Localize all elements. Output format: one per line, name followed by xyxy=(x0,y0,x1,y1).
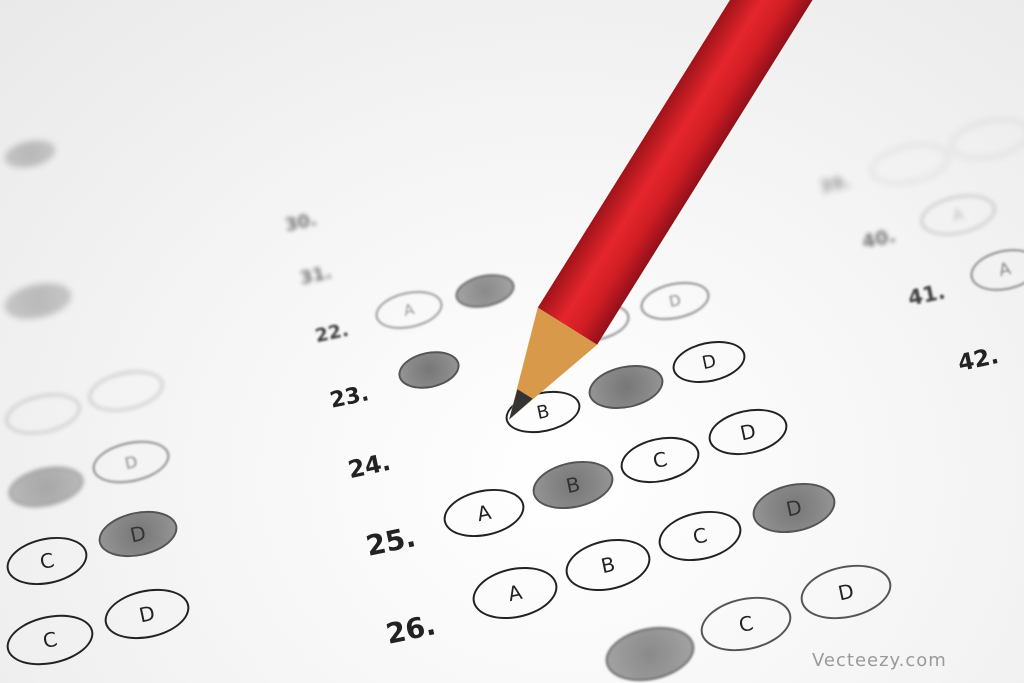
bubble-left-far2 xyxy=(3,137,57,171)
question-number: 39. xyxy=(818,172,852,198)
bubble-39-b xyxy=(947,112,1024,166)
bubble-25-b: B xyxy=(528,454,618,516)
question-number: 30. xyxy=(283,209,319,236)
bubble-left-far xyxy=(2,278,73,323)
question-number: 22. xyxy=(313,319,351,348)
bubble-23-a xyxy=(395,346,463,394)
bubble-41-a: A xyxy=(967,243,1024,297)
question-number: 26. xyxy=(383,608,438,651)
question-number: 23. xyxy=(328,381,371,414)
bubble-26-d: D xyxy=(796,557,897,627)
bubble-left3-c: C xyxy=(2,607,98,672)
bubble-left0-c xyxy=(2,388,84,441)
bubble-23-d: D xyxy=(669,335,750,390)
question-number: 25. xyxy=(363,520,418,563)
bubble-22-d: D xyxy=(637,276,713,326)
bubble-26-a: A xyxy=(468,560,563,627)
bubble-24-d: D xyxy=(704,402,791,462)
bubble-left-d: D xyxy=(89,434,174,489)
bubble-left0-d xyxy=(85,365,167,418)
question-number: 41. xyxy=(906,279,947,310)
bubble-23-c xyxy=(584,359,667,416)
bubble-27-b xyxy=(601,619,700,683)
bubble-25-d: D xyxy=(748,476,840,540)
bubble-25-c: C xyxy=(654,504,746,568)
bubble-left2-d: D xyxy=(94,504,181,564)
bubble-24-c: C xyxy=(616,430,703,490)
bubble-25-a: A xyxy=(439,482,529,544)
answer-sheet-photo: 31. 30. 22. 39. 40. 41. 42. A C D 23. B … xyxy=(0,0,1024,683)
question-number: 42. xyxy=(956,343,1001,377)
bubble-26-c: C xyxy=(696,589,797,659)
question-number: 31. xyxy=(298,262,334,289)
question-number: 24. xyxy=(346,448,393,484)
bubble-26-b: B xyxy=(561,532,656,599)
bubble-left3-d: D xyxy=(100,582,194,647)
bubble-40-a: A xyxy=(917,189,999,242)
bubble-39-a xyxy=(867,137,953,191)
bubble-left2-c: C xyxy=(2,530,92,592)
bubble-22-b xyxy=(452,269,517,313)
bubble-22-a: A xyxy=(372,285,446,334)
question-number: 40. xyxy=(860,225,898,254)
watermark: Vecteezy.com xyxy=(812,650,947,671)
bubble-left-c xyxy=(5,461,87,514)
